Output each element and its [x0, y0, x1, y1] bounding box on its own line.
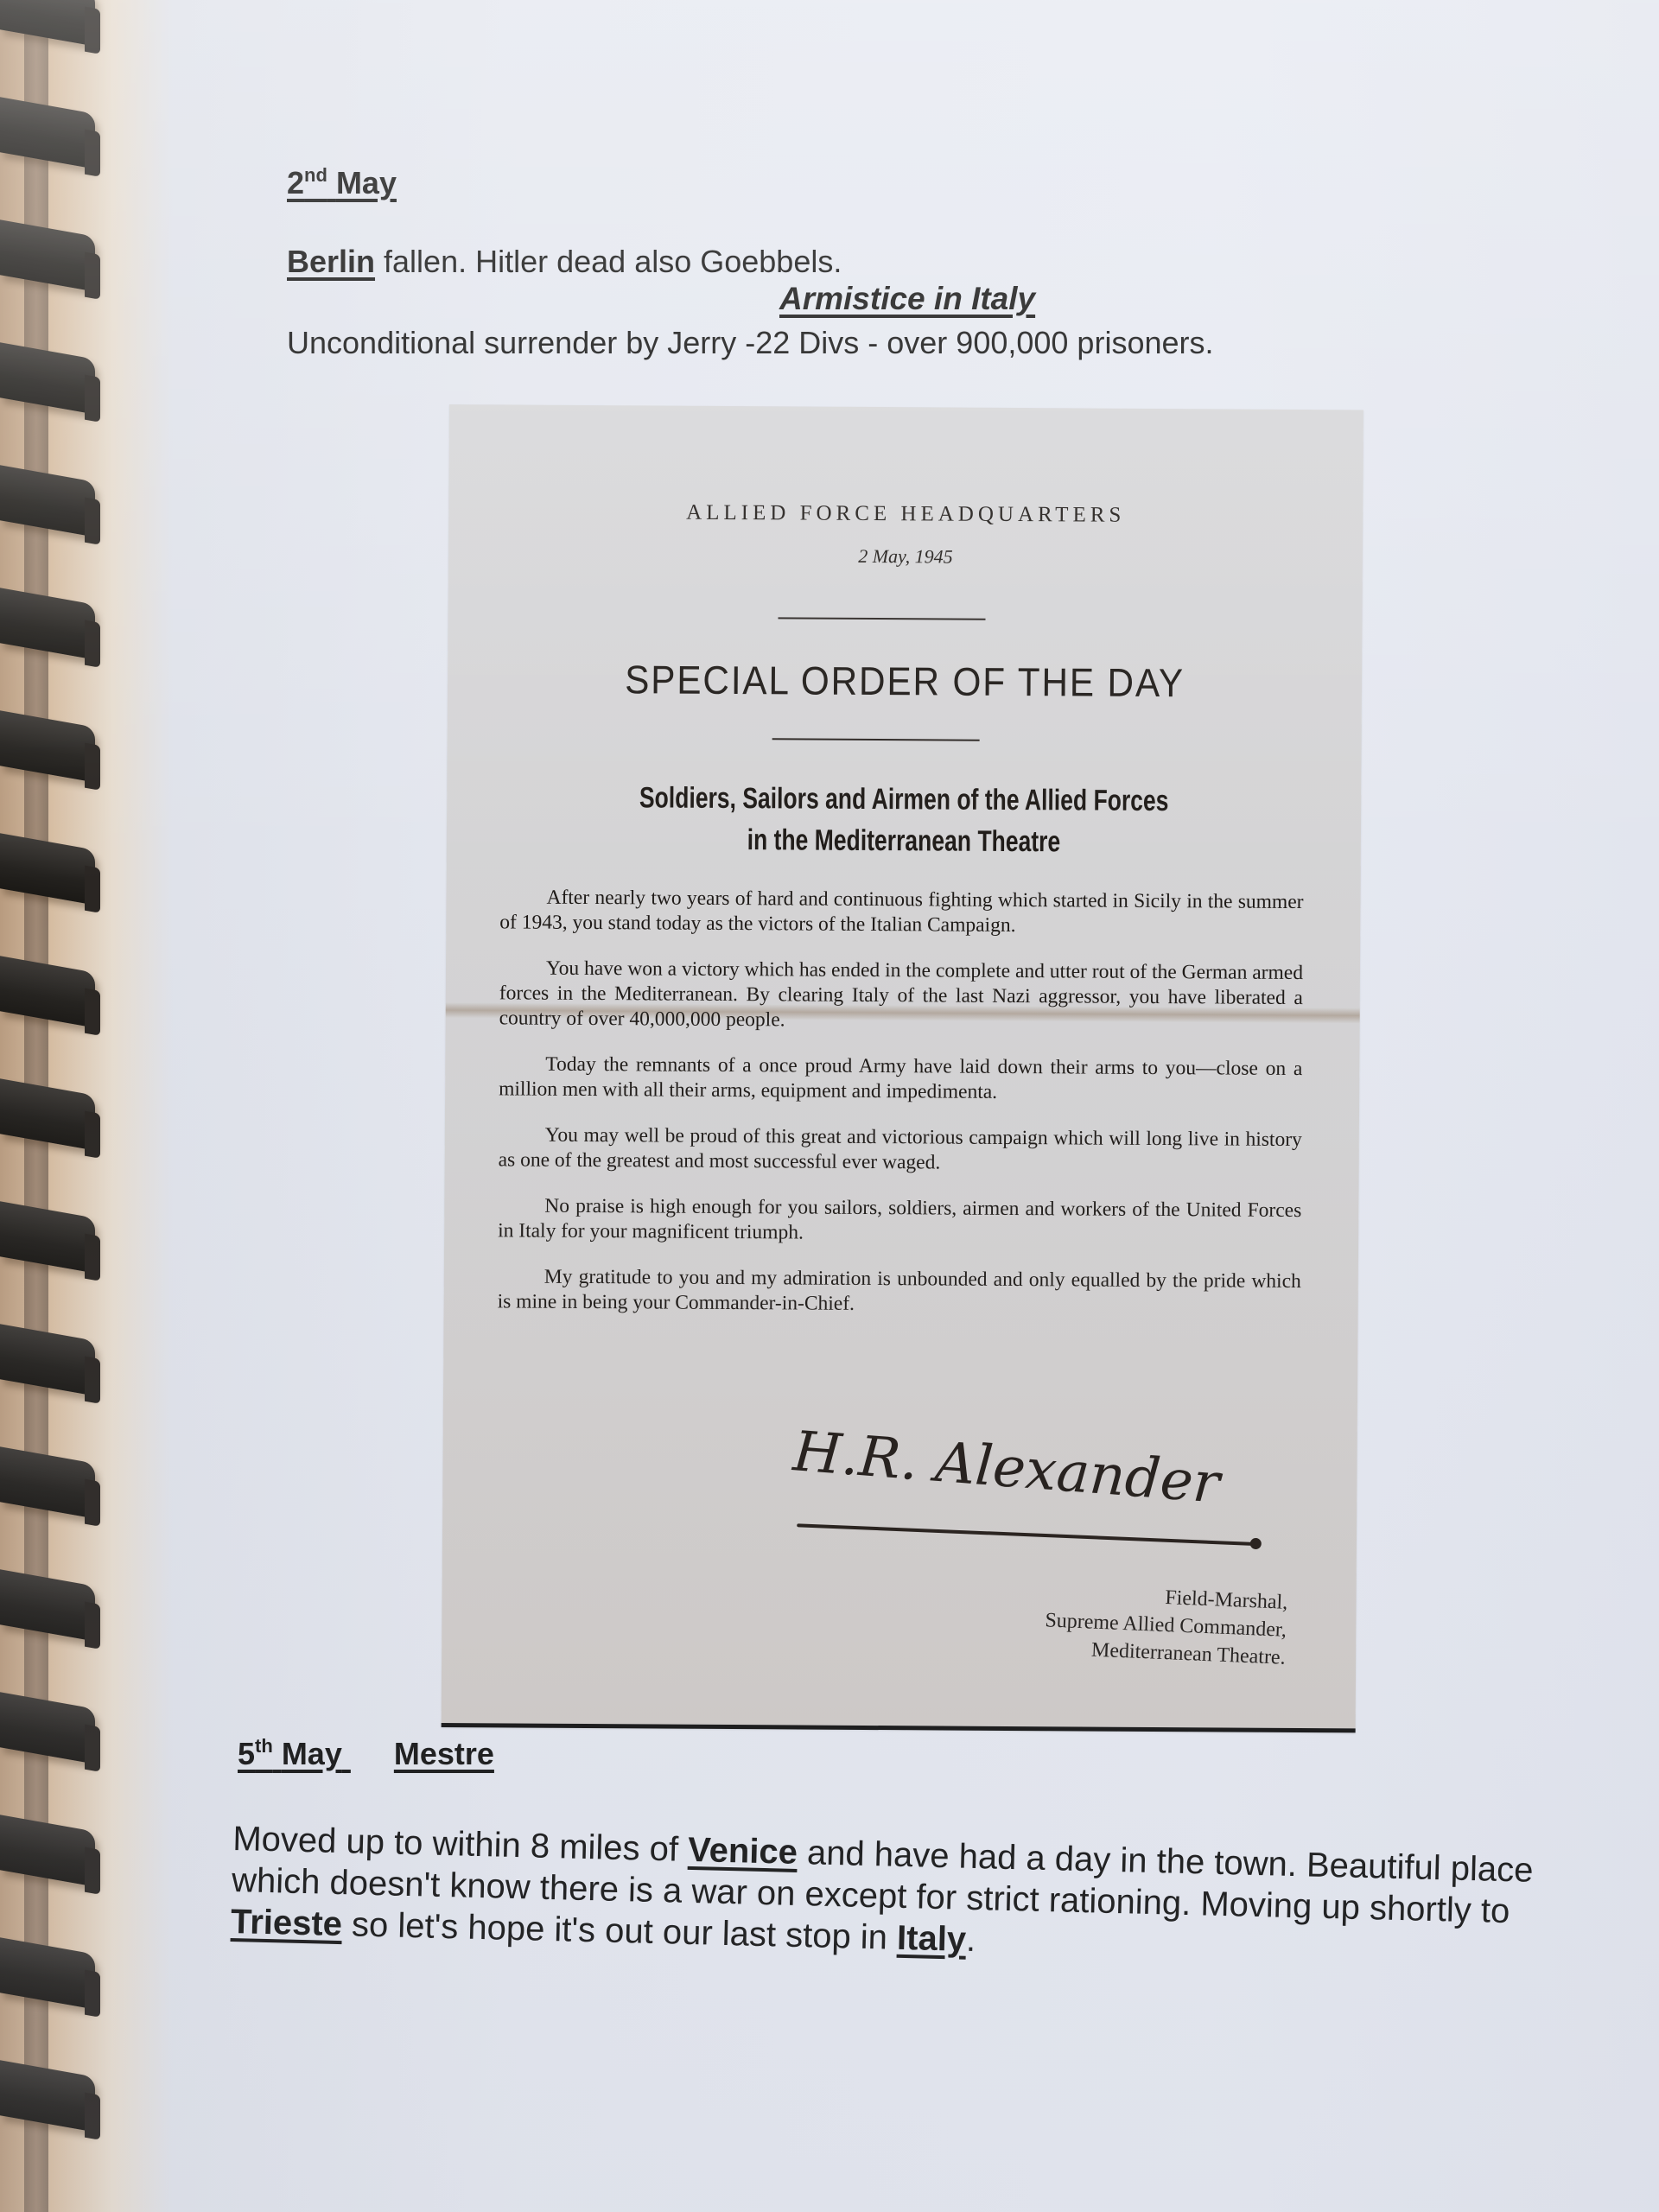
document-paragraph: You may well be proud of this great and …	[499, 1122, 1302, 1178]
binding-coil	[0, 1692, 95, 1764]
binding-coil	[0, 1201, 95, 1273]
binder-page: 2nd May Berlin fallen. Hitler dead also …	[0, 0, 1659, 2212]
binding-coil	[0, 1815, 95, 1886]
binding-coil	[0, 97, 95, 168]
place-venice: Venice	[688, 1831, 798, 1872]
binding-coil	[0, 342, 95, 414]
binding-coil	[0, 588, 95, 659]
entry-berlin-line: Berlin fallen. Hitler dead also Goebbels…	[287, 244, 842, 280]
document-paragraph: You have won a victory which has ended i…	[499, 956, 1304, 1036]
document-address: Soldiers, Sailors and Airmen of the Alli…	[547, 777, 1261, 864]
spiral-binding	[0, 0, 112, 2212]
place-berlin: Berlin	[287, 244, 375, 279]
special-order-scan: ALLIED FORCE HEADQUARTERS 2 May, 1945 SP…	[442, 404, 1363, 1732]
place-mestre: Mestre	[394, 1736, 494, 1771]
divider-rule	[778, 617, 985, 620]
document-date: 2 May, 1945	[448, 543, 1363, 570]
armistice-headline: Armistice in Italy	[779, 281, 1035, 317]
document-header: ALLIED FORCE HEADQUARTERS	[448, 499, 1363, 529]
binding-coil	[0, 833, 95, 905]
signature-underline	[797, 1523, 1255, 1546]
document-paragraph: After nearly two years of hard and conti…	[499, 885, 1303, 940]
binding-coil	[0, 1937, 95, 2009]
binding-coil	[0, 1078, 95, 1150]
binding-coil	[0, 1324, 95, 1395]
surrender-line: Unconditional surrender by Jerry -22 Div…	[287, 325, 1214, 361]
place-italy: Italy	[897, 1919, 967, 1959]
binding-coil	[0, 465, 95, 537]
signature: H.R. Alexander	[791, 1420, 1222, 1516]
binding-coil	[0, 1446, 95, 1518]
binding-coil	[0, 1569, 95, 1641]
document-paragraph: No praise is high enough for you sailors…	[498, 1193, 1301, 1249]
binding-coil	[0, 956, 95, 1027]
entry-date-5th-may: 5th May Mestre	[238, 1735, 494, 1772]
divider-rule	[772, 738, 980, 741]
entry-5th-may-text: Moved up to within 8 miles of Venice and…	[230, 1818, 1580, 1975]
binding-coil	[0, 2060, 95, 2132]
document-signoff: Field-Marshal, Supreme Allied Commander,…	[1044, 1579, 1288, 1671]
binding-coil	[0, 710, 95, 782]
place-trieste: Trieste	[231, 1903, 343, 1943]
document-title: SPECIAL ORDER OF THE DAY	[484, 655, 1325, 707]
entry-date-2nd-may: 2nd May	[287, 164, 397, 201]
document-paragraph: Today the remnants of a once proud Army …	[499, 1052, 1302, 1107]
document-body: After nearly two years of hard and conti…	[497, 885, 1303, 1340]
binding-coil	[0, 219, 95, 291]
document-paragraph: My gratitude to you and my admiration is…	[498, 1264, 1301, 1319]
